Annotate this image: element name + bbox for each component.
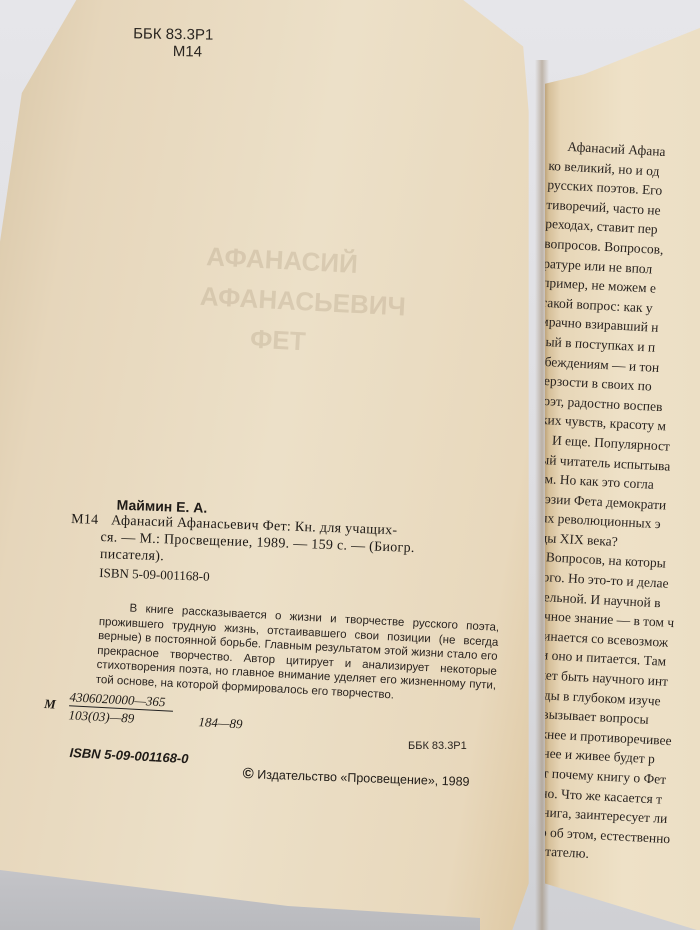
catalog-shelf-code: М14	[71, 511, 112, 529]
order-number: 184—89	[198, 714, 243, 732]
index-denominator: 103(03)—89	[68, 707, 134, 726]
bbk-header: ББК 83.3Р1 М14	[133, 25, 214, 60]
bbk-classification: ББК 83.3Р1	[133, 25, 213, 43]
bbk-bottom: ББК 83.3Р1	[408, 740, 467, 752]
catalog-card: Маймин Е. А. М14Афанасий Афанасьевич Фет…	[69, 495, 492, 595]
index-letter: М	[44, 696, 56, 713]
left-book-page	[0, 0, 545, 930]
right-page-text-area: Афанасий Афана ко великий, но и од русск…	[545, 0, 700, 930]
preface-text: Афанасий Афана ко великий, но и од русск…	[545, 135, 700, 869]
copyright-icon: ©	[242, 765, 254, 782]
ghost-title-bleedthrough: АФАНАСИЙ АФАНАСЬЕВИЧ ФЕТ	[197, 236, 363, 364]
shelf-code: М14	[133, 42, 213, 60]
